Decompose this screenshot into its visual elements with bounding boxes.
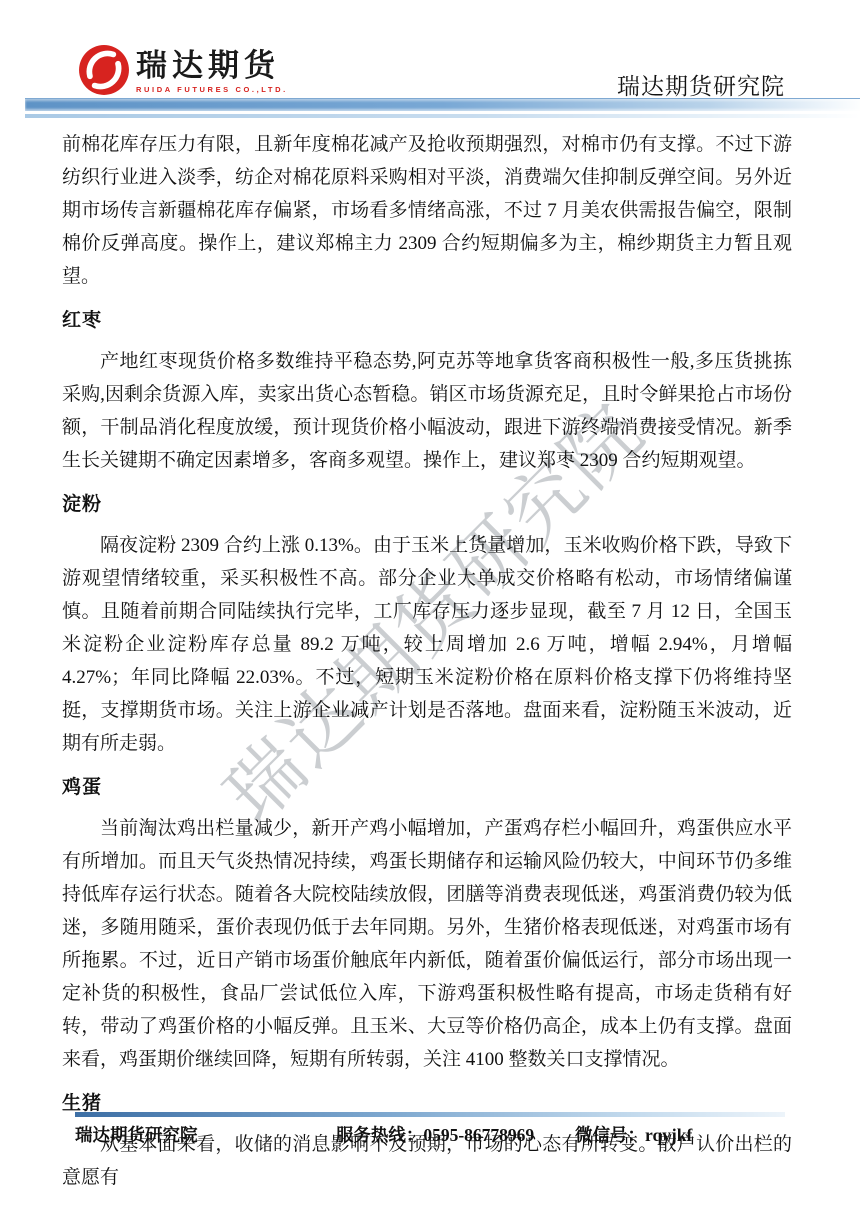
footer: 瑞达期货研究院 服务热线：0595-86778969 微信号：rqyjkf (75, 1122, 785, 1148)
footer-wechat: 微信号：rqyjkf (575, 1122, 785, 1148)
section-heading-starch: 淀粉 (62, 494, 792, 516)
section-body-eggs: 当前淘汰鸡出栏量减少，新开产鸡小幅增加，产蛋鸡存栏小幅回升，鸡蛋供应水平有所增加… (62, 812, 792, 1076)
section-heading-eggs: 鸡蛋 (62, 777, 792, 799)
header-divider-bar (25, 98, 860, 111)
footer-org: 瑞达期货研究院 (75, 1122, 295, 1148)
section-body-red-dates: 产地红枣现货价格多数维持平稳态势,阿克苏等地拿货客商积极性一般,多压货挑拣采购,… (62, 345, 792, 477)
footer-divider-bar (75, 1112, 785, 1117)
ruida-logo-icon (78, 44, 130, 96)
report-body: 前棉花库存压力有限，且新年度棉花减产及抢收预期强烈，对棉市仍有支撑。不过下游纺织… (62, 128, 792, 1194)
intro-paragraph: 前棉花库存压力有限，且新年度棉花减产及抢收预期强烈，对棉市仍有支撑。不过下游纺织… (62, 128, 792, 293)
header-title: 瑞达期货研究院 (617, 68, 785, 101)
company-logo: 瑞达期货 RUIDA FUTURES CO.,LTD. (78, 44, 288, 96)
section-body-starch: 隔夜淀粉 2309 合约上涨 0.13%。由于玉米上货量增加，玉米收购价格下跌，… (62, 529, 792, 760)
logo-text: 瑞达期货 RUIDA FUTURES CO.,LTD. (136, 44, 288, 94)
logo-brand-cn: 瑞达期货 (136, 50, 288, 82)
section-heading-red-dates: 红枣 (62, 310, 792, 332)
footer-hotline: 服务热线：0595-86778969 (295, 1122, 575, 1148)
header-divider-bar-sub (25, 114, 860, 118)
report-page: 瑞达期货 RUIDA FUTURES CO.,LTD. 瑞达期货研究院 瑞达期货… (0, 0, 860, 1217)
logo-brand-en: RUIDA FUTURES CO.,LTD. (136, 85, 288, 94)
